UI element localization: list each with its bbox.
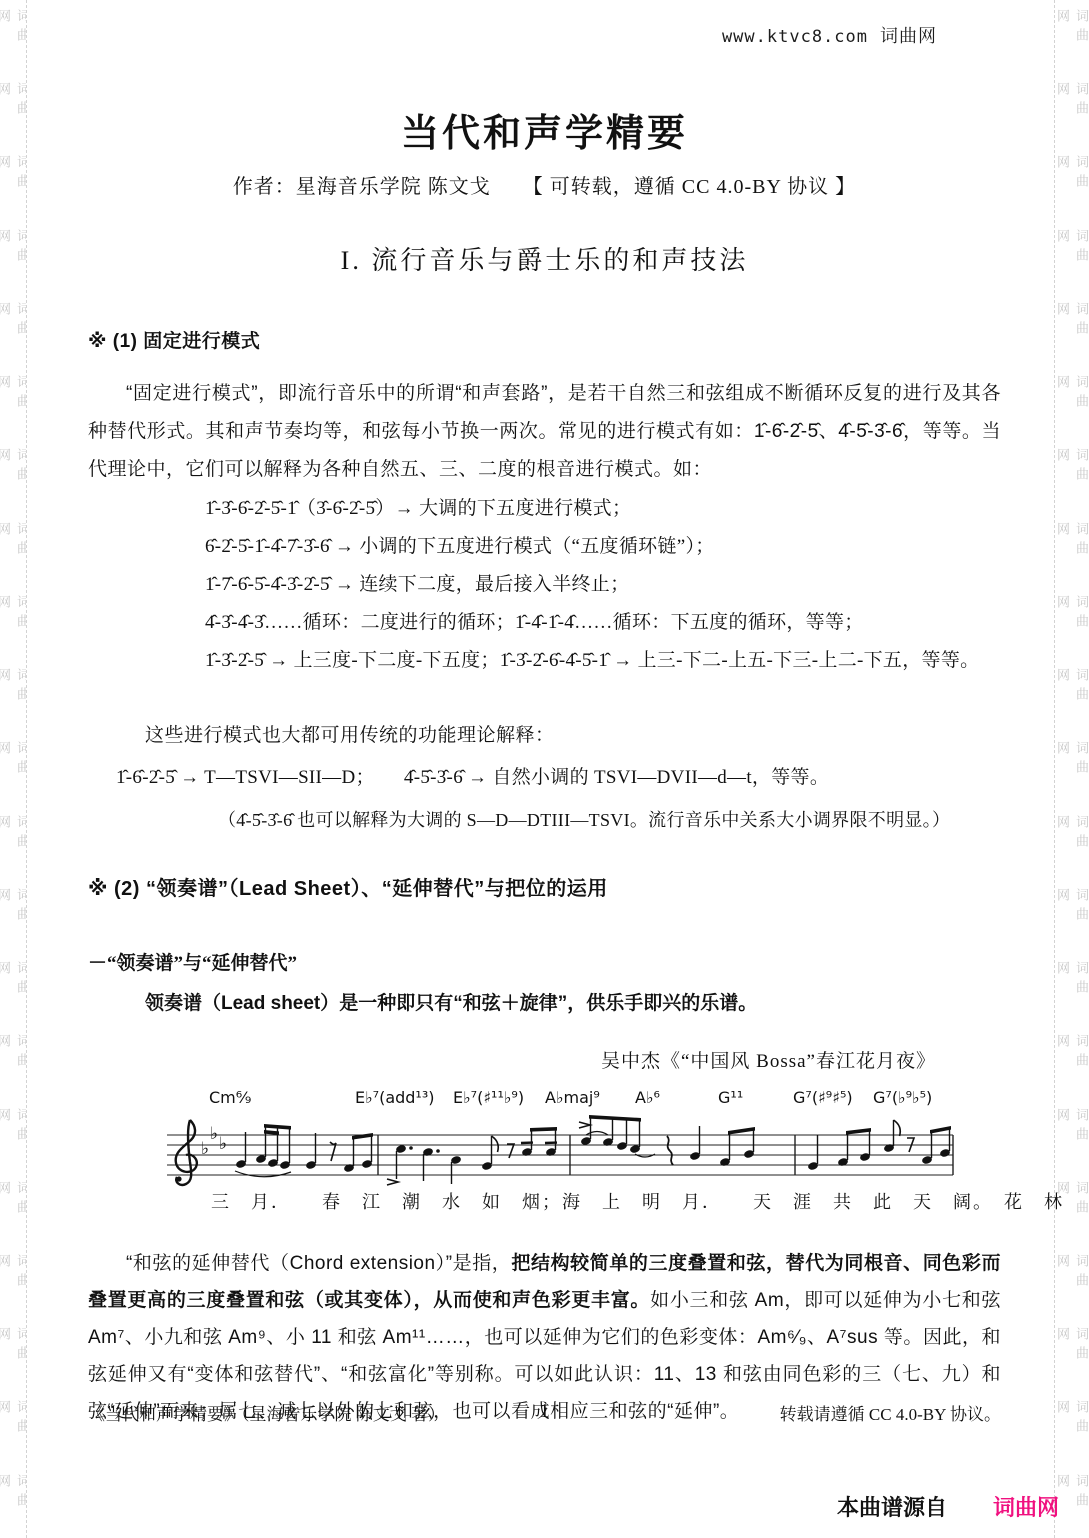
progression-line: 1̂-3̂-2̂-5̂ → 上三度-下二度-下五度；1̂-3̂-2̂-6̂-4̂… — [205, 642, 979, 680]
side-watermark-text: 词曲网 — [0, 1254, 27, 1309]
page-number: 1 — [540, 1400, 550, 1423]
functional-line: 1̂-6̂-2̂-5̂ → T—TSVI—SII—D； 4̂-5̂-3̂-6̂ … — [116, 762, 829, 789]
side-watermark-text: 词曲网 — [1054, 9, 1089, 64]
side-watermark-text: 词曲网 — [0, 1474, 27, 1529]
fixed-pattern-paragraph: “固定进行模式”，即流行音乐中的所谓“和声套路”，是若干自然三和弦组成不断循环反… — [88, 375, 1001, 489]
functional-note: （4̂-5̂-3̂-6̂ 也可以解释为大调的 S—D—DTIII—TSVI。流行… — [218, 806, 950, 832]
lead-sheet-definition: 领奏谱（Lead sheet）是一种即只有“和弦＋旋律”，供乐手即兴的乐谱。 — [145, 988, 757, 1015]
side-watermark-text: 词曲网 — [1054, 1254, 1089, 1309]
footer-license-note: 转载请遵循 CC 4.0-BY 协议。 — [780, 1400, 1001, 1425]
site-name: 词曲网 — [880, 26, 937, 46]
side-watermark-text: 词曲网 — [0, 741, 27, 796]
side-watermark-text: 词曲网 — [0, 668, 27, 723]
side-watermark-text: 词曲网 — [0, 595, 27, 650]
svg-text:♭: ♭ — [201, 1139, 209, 1159]
section-1-heading: ※ (1) 固定进行模式 — [88, 326, 260, 353]
page-footer: 《当代和声学精要》（星海音乐学院 陈文戈 著） 1 转载请遵循 CC 4.0-B… — [88, 1400, 1001, 1425]
staff-svg: ♭ ♭ ♭ — [165, 1080, 965, 1190]
svg-text:♭: ♭ — [219, 1134, 227, 1154]
side-watermark-text: 词曲网 — [1054, 961, 1089, 1016]
bottom-brand: 本曲谱源自词曲网 — [837, 1491, 1059, 1522]
side-watermark-text: 词曲网 — [1054, 302, 1089, 357]
site-watermark-top: www.ktvc8.com词曲网 — [722, 22, 937, 48]
side-watermark-text: 词曲网 — [1054, 741, 1089, 796]
side-watermark-text: 词曲网 — [1054, 1108, 1089, 1163]
side-watermark-text: 词曲网 — [0, 888, 27, 943]
side-watermark-text: 词曲网 — [0, 448, 27, 503]
side-watermark-text: 词曲网 — [1054, 888, 1089, 943]
side-watermark-text: 词曲网 — [1054, 595, 1089, 650]
section-2-heading: ※ (2) “领奏谱”（Lead Sheet）、“延伸替代”与把位的运用 — [88, 872, 608, 901]
side-watermark-text: 词曲网 — [0, 1034, 27, 1089]
side-watermark-text: 词曲网 — [0, 961, 27, 1016]
bottom-brand-name: 词曲网 — [993, 1495, 1059, 1520]
side-watermark-text: 词曲网 — [0, 302, 27, 357]
footer-book-ref: 《当代和声学精要》（星海音乐学院 陈文戈 著） — [88, 1400, 445, 1425]
right-watermark-column: 词曲网 词曲网 词曲网 词曲网 词曲网 词曲网 词曲网 词曲网 词曲网 词曲网 … — [1054, 0, 1089, 1538]
side-watermark-text: 词曲网 — [1054, 448, 1089, 503]
functional-intro: 这些进行模式也大都可用传统的功能理论解释： — [145, 717, 1001, 755]
score-caption: 吴中杰《“中国风 Bossa”春江花月夜》 — [88, 1046, 936, 1073]
progression-line: 1̂-3̂-6̂-2̂-5̂-1̂（3̂-6̂-2̂-5̂）→ 大调的下五度进行… — [205, 490, 979, 528]
author-byline: 作者：星海音乐学院 陈文戈 【 可转载，遵循 CC 4.0-BY 协议 】 — [0, 170, 1089, 199]
progression-list: 1̂-3̂-6̂-2̂-5̂-1̂（3̂-6̂-2̂-5̂）→ 大调的下五度进行… — [205, 490, 979, 680]
lead-sheet-subheading: －“领奏谱”与“延伸替代” — [88, 948, 297, 975]
part-heading: I. 流行音乐与爵士乐的和声技法 — [0, 240, 1089, 277]
side-watermark-text: 词曲网 — [1054, 1400, 1089, 1455]
side-watermark-text: 词曲网 — [0, 1181, 27, 1236]
progression-line: 4̂-3̂-4̂-3̂……循环：二度进行的循环；1̂-4̂-1̂-4̂……循环：… — [205, 604, 979, 642]
side-watermark-text: 词曲网 — [1054, 1474, 1089, 1529]
side-watermark-text: 词曲网 — [0, 815, 27, 870]
music-example: Cm⁶⁄₉ E♭⁷(add¹³) E♭⁷(♯¹¹♭⁹) A♭maj⁹ A♭⁶ G… — [165, 1080, 965, 1220]
side-watermark-text: 词曲网 — [1054, 1034, 1089, 1089]
side-watermark-text: 词曲网 — [1054, 522, 1089, 577]
side-watermark-text: 词曲网 — [0, 375, 27, 430]
side-watermark-text: 词曲网 — [1054, 668, 1089, 723]
site-url: www.ktvc8.com — [722, 27, 868, 47]
left-watermark-column: 词曲网 词曲网 词曲网 词曲网 词曲网 词曲网 词曲网 词曲网 词曲网 词曲网 … — [0, 0, 27, 1538]
side-watermark-text: 词曲网 — [1054, 1327, 1089, 1382]
side-watermark-text: 词曲网 — [0, 9, 27, 64]
progression-line: 6̂-2̂-5̂-1̂-4̂-7̂-3̂-6̂ → 小调的下五度进行模式（“五度… — [205, 528, 979, 566]
side-watermark-text: 词曲网 — [0, 1108, 27, 1163]
side-watermark-text: 词曲网 — [0, 1400, 27, 1455]
bottom-brand-prefix: 本曲谱源自 — [837, 1495, 947, 1520]
side-watermark-text: 词曲网 — [0, 1327, 27, 1382]
side-watermark-text: 词曲网 — [1054, 815, 1089, 870]
side-watermark-text: 词曲网 — [0, 522, 27, 577]
ext-segment: “和弦的延伸替代（Chord extension）”是指， — [126, 1253, 511, 1274]
side-watermark-text: 词曲网 — [1054, 375, 1089, 430]
progression-line: 1̂-7̂-6̂-5̂-4̂-3̂-2̂-5̂ → 连续下二度，最后接入半终止； — [205, 566, 979, 604]
page-title: 当代和声学精要 — [0, 102, 1089, 157]
svg-text:♭: ♭ — [210, 1124, 218, 1144]
lyrics-line: 三 月． 春 江 潮 水 如 烟；海 上 明 月． 天 涯 共 此 天 阔。 花… — [211, 1188, 961, 1214]
